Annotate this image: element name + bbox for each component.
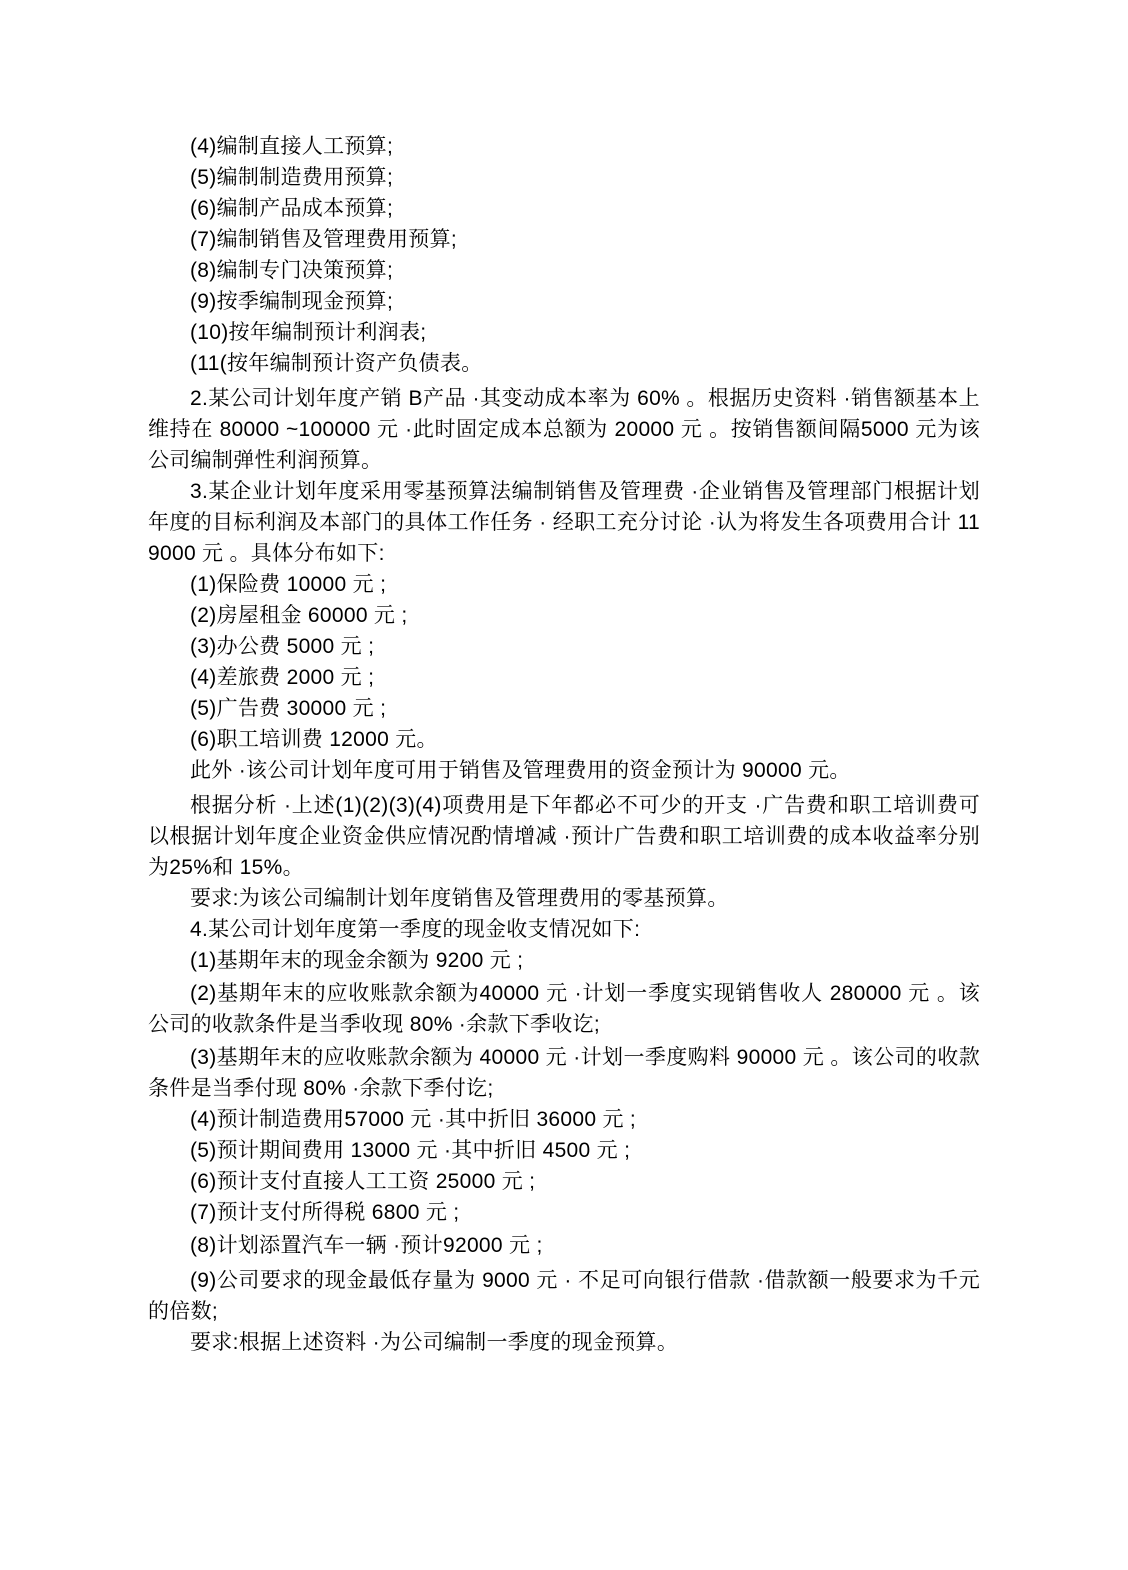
paragraph: 此外 ·该公司计划年度可用于销售及管理费用的资金预计为 90000 元。 [148, 755, 980, 786]
paragraph: (9)按季编制现金预算; [148, 286, 980, 317]
paragraph: 要求:根据上述资料 ·为公司编制一季度的现金预算。 [148, 1327, 980, 1358]
paragraph: (9)公司要求的现金最低存量为 9000 元 · 不足可向银行借款 ·借款额一般… [148, 1265, 980, 1327]
paragraph: 根据分析 ·上述(1)(2)(3)(4)项费用是下年都必不可少的开支 ·广告费和… [148, 790, 980, 883]
paragraph: (6)预计支付直接人工工资 25000 元 ; [148, 1166, 980, 1197]
paragraph: (1)保险费 10000 元 ; [148, 569, 980, 600]
paragraph: 4.某公司计划年度第一季度的现金收支情况如下: [148, 914, 980, 945]
document-page: (4)编制直接人工预算;(5)编制制造费用预算;(6)编制产品成本预算;(7)编… [0, 0, 1128, 1570]
paragraph: 要求:为该公司编制计划年度销售及管理费用的零基预算。 [148, 883, 980, 914]
paragraph: (8)计划添置汽车一辆 ·预计92000 元 ; [148, 1230, 980, 1261]
paragraph: (4)预计制造费用57000 元 ·其中折旧 36000 元 ; [148, 1104, 980, 1135]
paragraph: (5)编制制造费用预算; [148, 162, 980, 193]
paragraph: (2)基期年末的应收账款余额为40000 元 ·计划一季度实现销售收人 2800… [148, 978, 980, 1040]
paragraph: (8)编制专门决策预算; [148, 255, 980, 286]
paragraph: (10)按年编制预计利润表; [148, 317, 980, 348]
paragraph: (6)职工培训费 12000 元。 [148, 724, 980, 755]
paragraph: 3.某企业计划年度采用零基预算法编制销售及管理费 ·企业销售及管理部门根据计划年… [148, 476, 980, 569]
paragraph: (4)编制直接人工预算; [148, 131, 980, 162]
paragraph: (6)编制产品成本预算; [148, 193, 980, 224]
paragraph: (7)编制销售及管理费用预算; [148, 224, 980, 255]
paragraph: (3)基期年末的应收账款余额为 40000 元 ·计划一季度购料 90000 元… [148, 1042, 980, 1104]
paragraph: (5)广告费 30000 元 ; [148, 693, 980, 724]
paragraph: 2.某公司计划年度产销 B产品 ·其变动成本率为 60% 。根据历史资料 ·销售… [148, 383, 980, 476]
paragraph: (7)预计支付所得税 6800 元 ; [148, 1197, 980, 1228]
paragraph: (4)差旅费 2000 元 ; [148, 662, 980, 693]
paragraph: (3)办公费 5000 元 ; [148, 631, 980, 662]
document-content: (4)编制直接人工预算;(5)编制制造费用预算;(6)编制产品成本预算;(7)编… [148, 131, 980, 1358]
paragraph: (11(按年编制预计资产负债表。 [148, 348, 980, 379]
paragraph: (2)房屋租金 60000 元 ; [148, 600, 980, 631]
paragraph: (1)基期年末的现金余额为 9200 元 ; [148, 945, 980, 976]
paragraph: (5)预计期间费用 13000 元 ·其中折旧 4500 元 ; [148, 1135, 980, 1166]
